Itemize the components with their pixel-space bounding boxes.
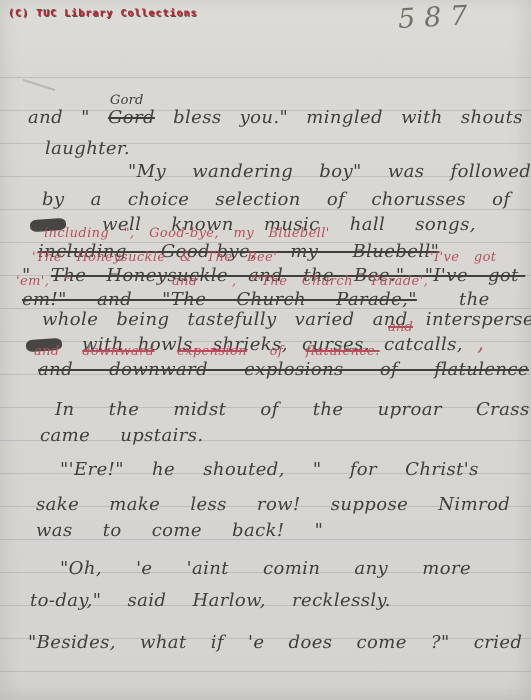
handwritten-text: "Oh, 'e 'aint comin any more <box>60 558 471 579</box>
handwritten-text: to-day," said Harlow, recklessly. <box>30 590 391 611</box>
handwritten-text: "Besides, what if 'e does come ?" cried <box>28 632 522 653</box>
manuscript-line-15: sake make less row! suppose Nimrod <box>36 493 510 517</box>
red-strikethrough-word: flatulence. <box>306 344 380 359</box>
manuscript-line-13: came upstairs. <box>40 424 204 448</box>
handwritten-text: and " <box>28 107 90 128</box>
correction-stack: GordGord <box>108 107 155 128</box>
red-strikethrough-insertion: and <box>388 321 413 334</box>
red-strikethrough-word: downward <box>82 344 154 359</box>
red-ink-mark: , <box>477 331 484 356</box>
handwritten-text: sake make less row! suppose Nimrod <box>36 494 510 515</box>
manuscript-line-9: whole being tastefully varied and inters… <box>42 308 531 332</box>
handwritten-text: the <box>459 289 490 310</box>
handwritten-text: laughter. <box>45 138 130 159</box>
page-number: 587 <box>397 0 477 35</box>
manuscript-line-12: In the midst of the uproar Crass <box>55 398 530 422</box>
red-interlinear-correction: and <box>172 275 198 288</box>
manuscript-line-3: "My wandering boy" was followed <box>128 160 531 184</box>
handwritten-text: catcalls, <box>384 334 463 355</box>
manuscript-line-4: by a choice selection of chorusses of <box>42 188 510 212</box>
red-interlinear-correction: , "'The Church 'Parade', <box>232 275 428 288</box>
handwritten-text: came upstairs. <box>40 425 204 446</box>
manuscript-line-16: was to come back! " <box>36 519 323 543</box>
manuscript-line-18: to-day," said Harlow, recklessly. <box>30 589 391 613</box>
manuscript-line-11: and downward expension of flatulence. an… <box>38 358 529 382</box>
strikethrough-text: and downward explosions of flatulence <box>38 359 529 380</box>
handwritten-text: "My wandering boy" was followed <box>128 161 531 182</box>
red-interlinear-correction: including ", Good-bye, my Bluebell' <box>44 227 330 240</box>
red-interlinear-correction: and downward expension of flatulence. <box>34 345 380 358</box>
strikethrough-text: em!" and "The Church Parade," <box>22 289 417 310</box>
red-interlinear-correction: 'The Honeysuckle & The Bee' <box>32 251 277 264</box>
handwritten-text: by a choice selection of chorusses of <box>42 189 510 210</box>
manuscript-line-2: laughter. <box>45 137 130 161</box>
red-word: of <box>270 344 283 359</box>
strikethrough-text: Gord <box>108 107 155 128</box>
manuscript-line-14: "'Ere!" he shouted, " for Christ's <box>60 458 479 482</box>
correction-stack: andcatcalls, <box>384 334 463 355</box>
interlinear-insertion: Gord <box>110 94 144 107</box>
pencil-mark <box>23 79 56 91</box>
handwritten-text: bless you." mingled with shouts of <box>173 107 531 128</box>
manuscript-page-scan: (C) TUC Library Collections 587 and " Go… <box>0 0 531 700</box>
manuscript-line-19: "Besides, what if 'e does come ?" cried <box>28 631 522 655</box>
red-interlinear-correction: 'I've got <box>430 251 496 264</box>
manuscript-line-1: and " GordGord bless you." mingled with … <box>28 106 531 130</box>
library-watermark: (C) TUC Library Collections <box>8 8 198 19</box>
handwritten-text: "'Ere!" he shouted, " for Christ's <box>60 459 479 480</box>
red-word: and <box>34 344 60 359</box>
handwritten-text: In the midst of the uproar Crass <box>55 399 530 420</box>
manuscript-line-17: "Oh, 'e 'aint comin any more <box>60 557 471 581</box>
red-interlinear-correction: 'em', " <box>16 275 70 288</box>
handwritten-text: was to come back! " <box>36 520 323 541</box>
red-strikethrough-word: expension <box>177 344 247 359</box>
handwritten-text: whole being tastefully varied and inters… <box>42 309 531 330</box>
